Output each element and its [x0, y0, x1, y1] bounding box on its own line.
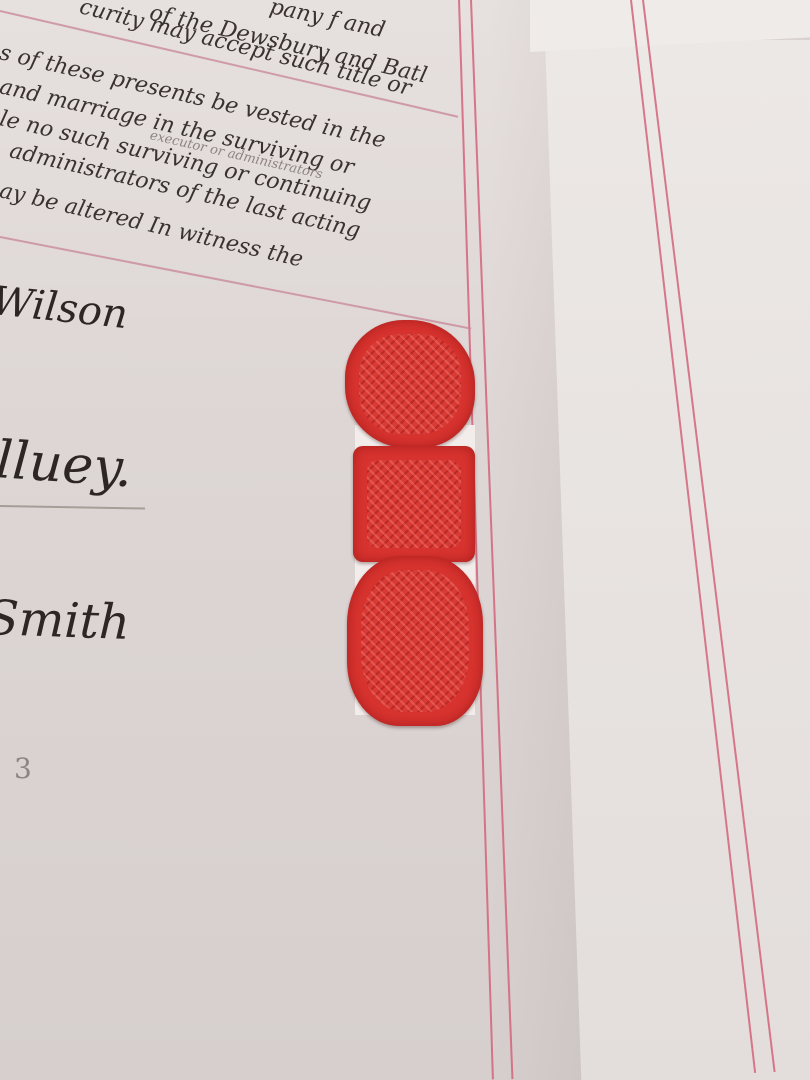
wax-seal	[353, 446, 475, 562]
wax-seal	[345, 320, 475, 448]
signature-faint: lluey.	[0, 430, 134, 499]
wax-seal	[347, 556, 483, 726]
signature-smith: Smith	[0, 590, 131, 651]
right-page	[545, 40, 810, 1080]
wax-seal-strip	[345, 320, 485, 728]
margin-mark: 3	[14, 752, 32, 785]
